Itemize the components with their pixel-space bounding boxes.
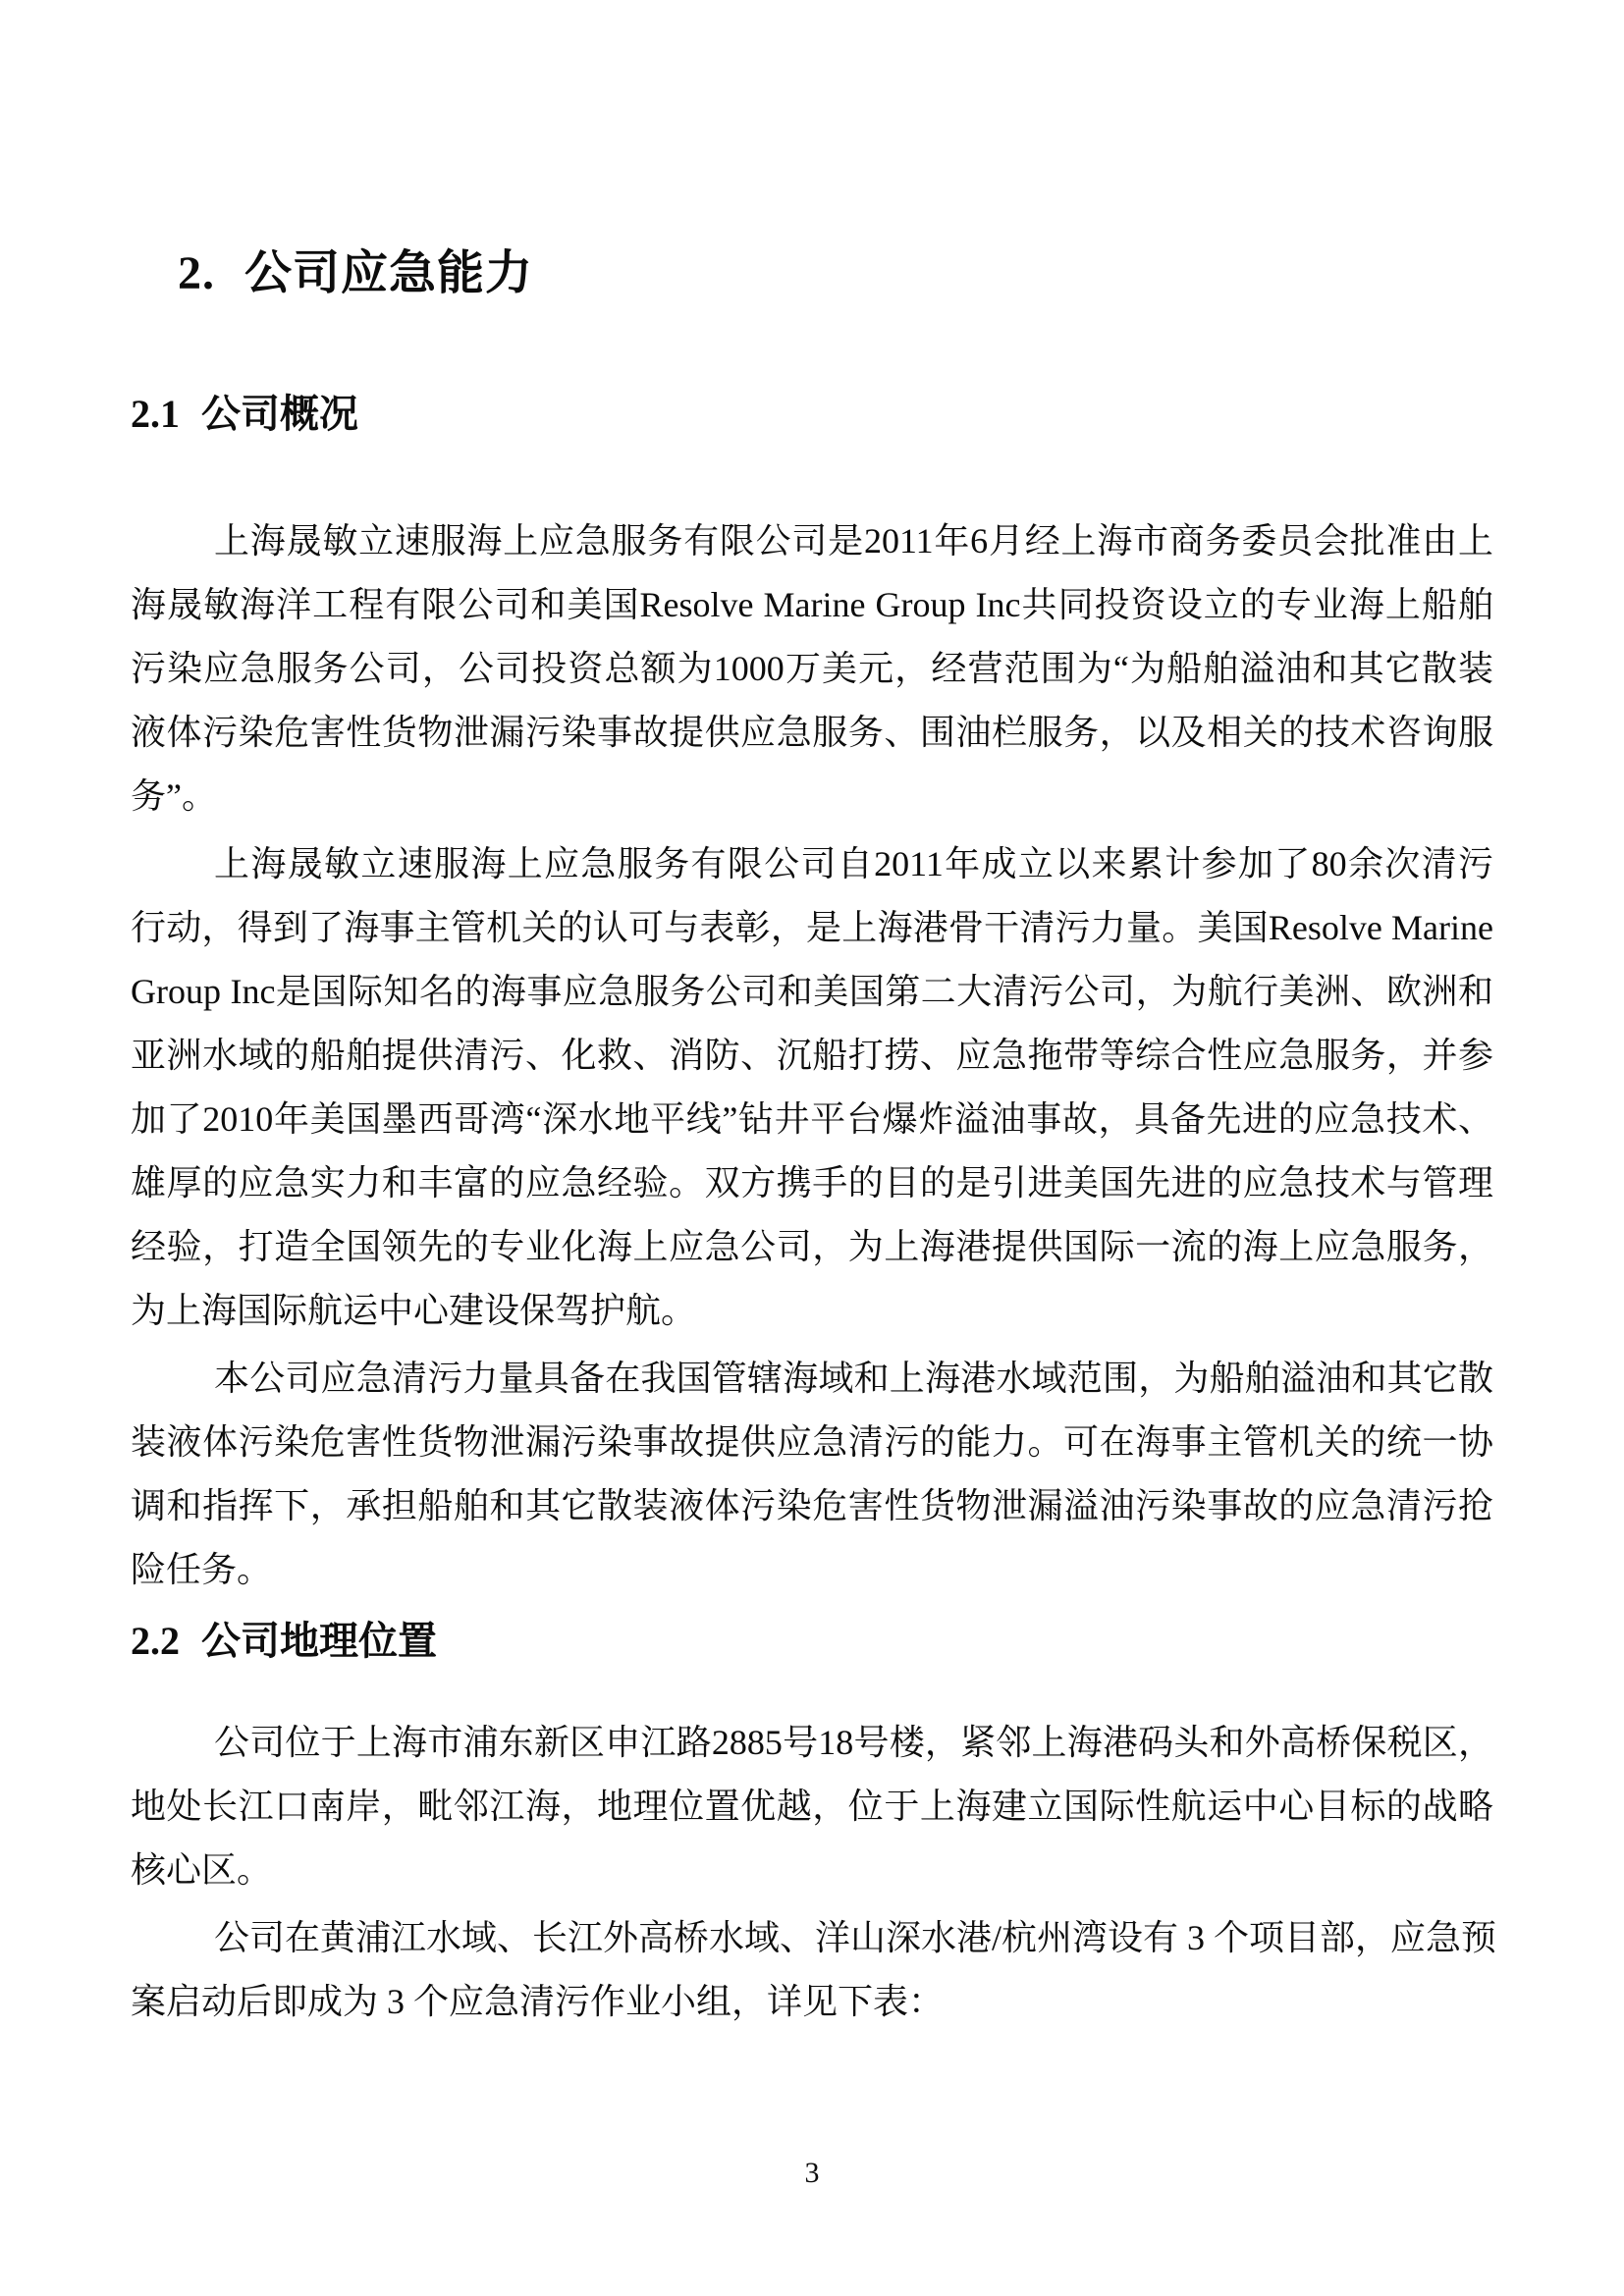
paragraph-line: 公司位于上海市浦东新区申江路2885号18号楼，紧邻上海港码头和外高桥保税区， — [131, 1711, 1493, 1775]
paragraph: 公司位于上海市浦东新区申江路2885号18号楼，紧邻上海港码头和外高桥保税区，地… — [131, 1711, 1493, 1902]
paragraph-line: 装液体污染危害性货物泄漏污染事故提供应急清污的能力。可在海事主管机关的统一协 — [131, 1411, 1493, 1474]
section-title: 公司概况 — [201, 392, 358, 437]
chapter-title: 公司应急能力 — [244, 245, 533, 300]
section-2.2: 2.2公司地理位置公司位于上海市浦东新区申江路2885号18号楼，紧邻上海港码头… — [131, 1619, 1493, 2034]
paragraph-line: 上海晟敏立速服海上应急服务有限公司是2011年6月经上海市商务委员会批准由上 — [131, 509, 1493, 573]
paragraph: 上海晟敏立速服海上应急服务有限公司是2011年6月经上海市商务委员会批准由上海晟… — [131, 509, 1493, 828]
paragraph-line: 液体污染危害性货物泄漏污染事故提供应急服务、围油栏服务，以及相关的技术咨询服 — [131, 701, 1493, 765]
paragraph-line: 地处长江口南岸，毗邻江海，地理位置优越，位于上海建立国际性航运中心目标的战略 — [131, 1775, 1493, 1839]
paragraph-line: 海晟敏海洋工程有限公司和美国Resolve Marine Group Inc共同… — [131, 573, 1493, 637]
section-number: 2.2 — [131, 1619, 180, 1663]
document-page: 2.公司应急能力 2.1公司概况上海晟敏立速服海上应急服务有限公司是2011年6… — [0, 0, 1624, 2296]
chapter-number: 2. — [178, 247, 215, 299]
chapter-heading: 2.公司应急能力 — [178, 245, 1493, 301]
page-number: 3 — [0, 2156, 1624, 2191]
paragraph-line: 行动，得到了海事主管机关的认可与表彰，是上海港骨干清污力量。美国Resolve … — [131, 896, 1493, 960]
paragraph: 上海晟敏立速服海上应急服务有限公司自2011年成立以来累计参加了80余次清污行动… — [131, 832, 1493, 1343]
paragraph-line: 险任务。 — [131, 1538, 1493, 1602]
paragraph-line: 案启动后即成为 3 个应急清污作业小组，详见下表： — [131, 1970, 1493, 2034]
paragraph-line: 核心区。 — [131, 1839, 1493, 1902]
paragraph: 本公司应急清污力量具备在我国管辖海域和上海港水域范围，为船舶溢油和其它散装液体污… — [131, 1347, 1493, 1602]
section-number: 2.1 — [131, 392, 180, 436]
paragraph-line: Group Inc是国际知名的海事应急服务公司和美国第二大清污公司，为航行美洲、… — [131, 960, 1493, 1024]
paragraph-line: 雄厚的应急实力和丰富的应急经验。双方携手的目的是引进美国先进的应急技术与管理 — [131, 1151, 1493, 1215]
paragraph-line: 经验，打造全国领先的专业化海上应急公司，为上海港提供国际一流的海上应急服务， — [131, 1215, 1493, 1279]
paragraph-line: 加了2010年美国墨西哥湾“深水地平线”钻井平台爆炸溢油事故，具备先进的应急技术… — [131, 1088, 1493, 1151]
section-heading: 2.2公司地理位置 — [131, 1619, 1493, 1664]
paragraph-line: 为上海国际航运中心建设保驾护航。 — [131, 1279, 1493, 1343]
paragraph-line: 务”。 — [131, 765, 1493, 828]
paragraph: 公司在黄浦江水域、长江外高桥水域、洋山深水港/杭州湾设有 3 个项目部，应急预案… — [131, 1906, 1493, 2034]
paragraph-line: 亚洲水域的船舶提供清污、化救、消防、沉船打捞、应急拖带等综合性应急服务，并参 — [131, 1024, 1493, 1088]
paragraph-line: 公司在黄浦江水域、长江外高桥水域、洋山深水港/杭州湾设有 3 个项目部，应急预 — [131, 1906, 1493, 1970]
document-content: 2.公司应急能力 2.1公司概况上海晟敏立速服海上应急服务有限公司是2011年6… — [131, 0, 1493, 2034]
paragraph-line: 调和指挥下，承担船舶和其它散装液体污染危害性货物泄漏溢油污染事故的应急清污抢 — [131, 1474, 1493, 1538]
paragraph-line: 上海晟敏立速服海上应急服务有限公司自2011年成立以来累计参加了80余次清污 — [131, 832, 1493, 896]
section-heading: 2.1公司概况 — [131, 392, 1493, 437]
section-title: 公司地理位置 — [201, 1619, 437, 1664]
paragraph-line: 本公司应急清污力量具备在我国管辖海域和上海港水域范围，为船舶溢油和其它散 — [131, 1347, 1493, 1411]
paragraph-line: 污染应急服务公司，公司投资总额为1000万美元，经营范围为“为船舶溢油和其它散装 — [131, 637, 1493, 701]
sections-container: 2.1公司概况上海晟敏立速服海上应急服务有限公司是2011年6月经上海市商务委员… — [131, 392, 1493, 2034]
section-2.1: 2.1公司概况上海晟敏立速服海上应急服务有限公司是2011年6月经上海市商务委员… — [131, 392, 1493, 1602]
